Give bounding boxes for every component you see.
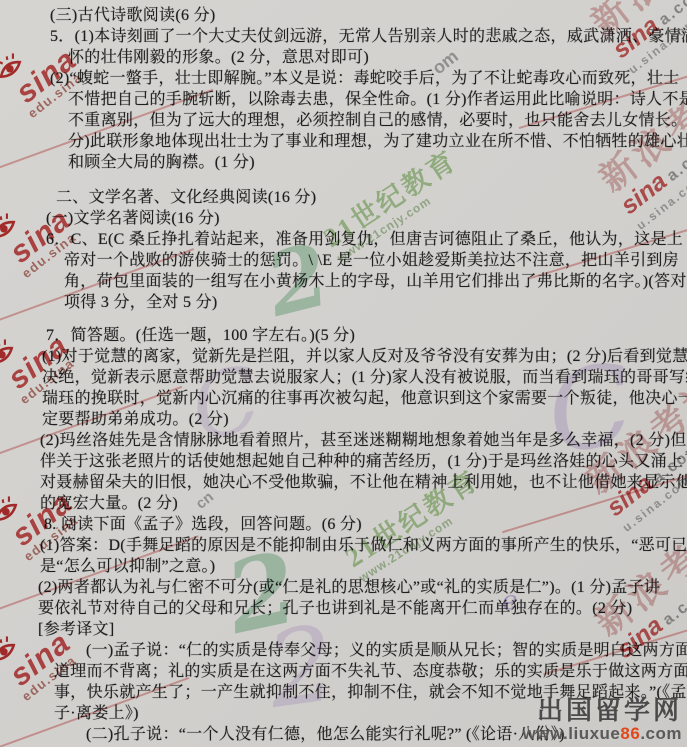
text-line: 不惜把自己的手腕斩断，以除毒去患，保全性命。(1 分)作者运用此比喻说明：诗人不… (68, 89, 687, 110)
text-line: 和顾全大局的胸襟。(1 分) (68, 152, 687, 173)
text-line: (一)文学名著阅读(16 分) (46, 208, 687, 229)
text-line: 要依礼节对待自己的父母和兄长；孔子也讲到礼是不能离开仁而单独存在的。(2 分) (38, 598, 687, 619)
text-section: 二、文学名著、文化经典阅读(16 分)(一)文学名著阅读(16 分)6．C、E(… (0, 187, 687, 313)
text-line: 分)此联形象地体现出壮士为了事业和理想，为了建功立业在所不惜、不怕牺牲的雄心壮志 (68, 131, 687, 152)
text-line: 的宽宏大量。(2 分) (40, 493, 687, 514)
text-line: [参考译文] (38, 619, 687, 640)
text-line: 怀的壮伟刚毅的形象。(2 分，意思对即可) (68, 47, 687, 68)
url-prefix: www.liuxue (523, 724, 621, 743)
text-line: 5．(1)本诗刻画了一个大丈夫仗剑远游，无常人告别亲人时的悲戚之态，威武潇洒、豪… (50, 26, 687, 47)
text-line: 7．简答题。(任选一题，100 字左右。)(5 分) (46, 325, 687, 346)
text-line: 决绝，觉新表示愿意帮助觉慧去说服家人；(1 分)家人没有被说服，而当看到瑞珏的哥… (42, 367, 687, 388)
liuxue86-url: www.liuxue86.com (523, 724, 683, 744)
text-line: 不重离别，但为了远大的理想，必须控制自己的感情，必要时，也只能舍去儿女情长。(2 (68, 110, 687, 131)
text-line: 伴关于这张老照片的话使她想起她自己种种的痛苦经历，(1 分)于是玛丝洛娃的心头又… (40, 451, 687, 472)
text-line: (2)两者都认为礼与仁密不可分(或“仁是礼的思想核心”或“礼的实质是仁”)。(1… (38, 577, 687, 598)
text-line: (1)对于觉慧的离家，觉新先是拦阻，并以家人反对及爷爷没有安葬为由；(2 分)后… (42, 346, 687, 367)
text-line: (2)“蝮蛇一螫手，壮士即解腕。”本义是说：毒蛇咬手后，为了不让蛇毒攻心而致死，… (50, 68, 687, 89)
answer-key-text: (三)古代诗歌阅读(6 分)5．(1)本诗刻画了一个大丈夫仗剑远游，无常人告别亲… (0, 5, 687, 745)
text-line: 6．C、E(C 桑丘挣扎着站起来，准备用剑复仇，但唐吉诃德阻止了桑丘，他认为，这… (46, 229, 687, 250)
liuxue86-logo: 出国留学网 www.liuxue86.com (523, 696, 683, 744)
url-suffix: .com (640, 724, 682, 743)
liuxue86-site-name: 出国留学网 (523, 696, 683, 724)
text-section: (2)玛丝洛娃先是含情脉脉地看着照片，甚至迷迷糊糊地想象着她当年是多么幸福，(2… (0, 430, 687, 577)
url-number: 86 (620, 724, 640, 743)
text-line: (三)古代诗歌阅读(6 分) (50, 5, 687, 26)
text-line: 是“怎么可以抑制”之意。) (40, 556, 687, 577)
text-line: 瑞珏的挽联时，觉新内心沉痛的往事再次被勾起，他意识到这个家需要一个叛徒，他决心一 (42, 388, 687, 409)
text-line: 对聂赫留朵夫的旧恨，她决心不受他欺骗，不让他在精神上利用她，也不让他借她来显示他 (40, 472, 687, 493)
text-line: (2)玛丝洛娃先是含情脉脉地看着照片，甚至迷迷糊糊地想象着她当年是多么幸福，(2… (40, 430, 687, 451)
text-line: 帝对一个战败的游侠骑士的惩罚。\ \E 是一位小姐趁爱斯美拉达不注意，把山羊引到… (64, 250, 687, 271)
text-line: (1)答案：D(手舞足蹈的原因是不能抑制由乐于做仁和义两方面的事所产生的快乐，“… (40, 535, 687, 556)
text-line: 定要帮助弟弟成功。(2 分) (42, 409, 687, 430)
text-line: 项得 3 分，全对 5 分) (64, 292, 687, 313)
text-line: 道理而不背离；礼的实质是在这两方面不失礼节、态度恭敬；乐的实质是乐于做这两方面的 (54, 661, 687, 682)
text-section: 7．简答题。(任选一题，100 字左右。)(5 分)(1)对于觉慧的离家，觉新先… (0, 325, 687, 430)
text-line: 二、文学名著、文化经典阅读(16 分) (56, 187, 687, 208)
text-line: 8. 阅读下面《孟子》选段，回答问题。(6 分) (44, 514, 687, 535)
text-section: (三)古代诗歌阅读(6 分)5．(1)本诗刻画了一个大丈夫仗剑远游，无常人告别亲… (0, 5, 687, 173)
text-line: (一)孟子说：“仁的实质是侍奉父母；义的实质是顺从兄长；智的实质是明白这两方面的 (86, 640, 687, 661)
scanned-document-page: { "document": { "sections": [ {"lines": … (0, 0, 687, 747)
text-line: 角，荷包里面装的一组写在小黄杨木上的字母，山羊用它们排出了弗比斯的名字。)(答对… (64, 271, 687, 292)
